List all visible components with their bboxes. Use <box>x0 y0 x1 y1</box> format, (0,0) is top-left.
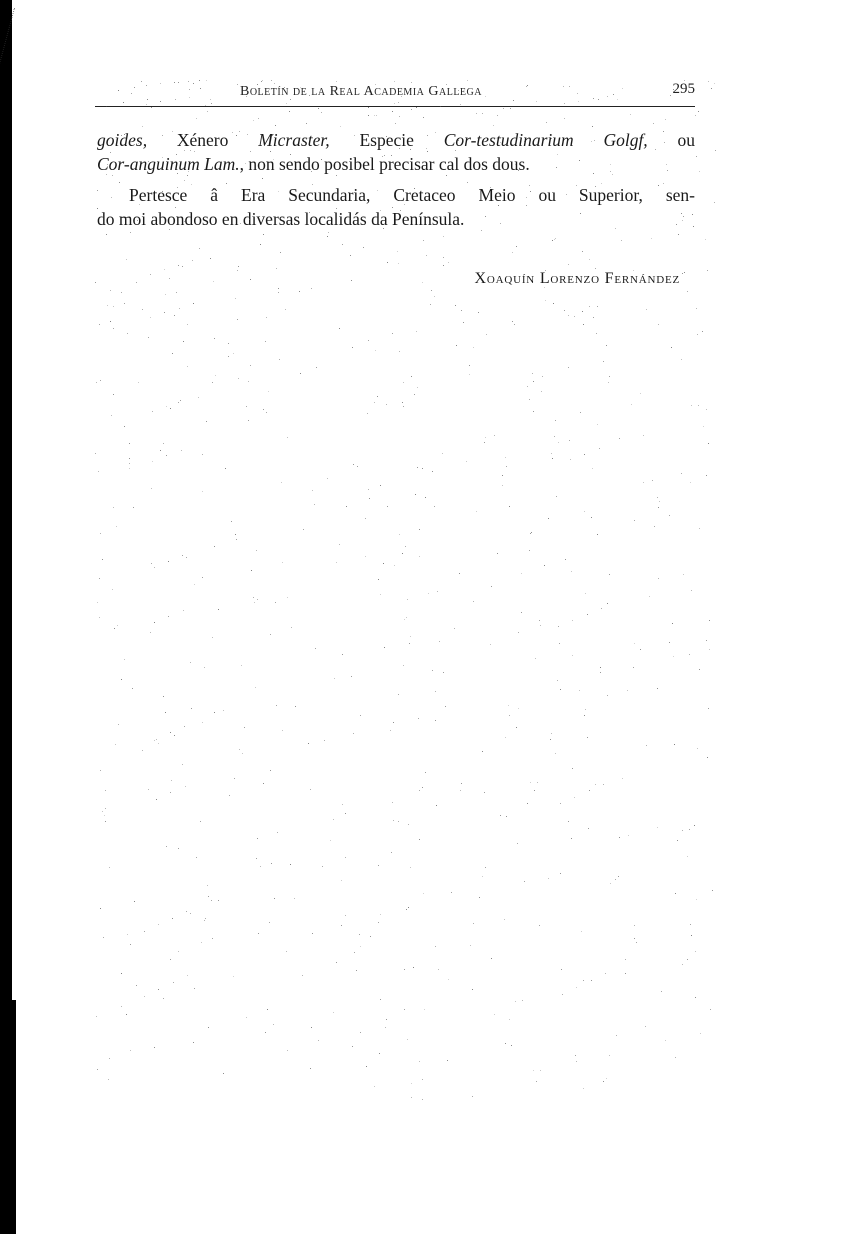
text-run: do moi abondoso en diversas localidás da… <box>97 209 464 229</box>
page-binding-shadow-lower <box>2 1000 16 1234</box>
text-line: Cor-anguinum Lam., non sendo posibel pre… <box>97 152 695 176</box>
text-run: ou <box>648 130 695 150</box>
text-line: Pertesce â Era Secundaria, Cretaceo Meio… <box>97 183 695 207</box>
page-curl-mark <box>0 8 55 138</box>
italic-term: goides, <box>97 130 147 150</box>
header-rule <box>95 106 695 107</box>
italic-term: Cor-testudinarium Golgf, <box>444 130 648 150</box>
page-number: 295 <box>673 81 696 98</box>
author-signature: Xoaquín Lorenzo Fernández <box>475 270 681 288</box>
italic-term: Cor-anguinum Lam. <box>97 154 240 174</box>
running-title: Boletín de la Real Academia Gallega <box>240 84 482 100</box>
text-line: goides, Xénero Micraster, Especie Cor-te… <box>97 128 695 152</box>
paragraph-taxonomy: goides, Xénero Micraster, Especie Cor-te… <box>97 128 695 176</box>
paragraph-era: Pertesce â Era Secundaria, Cretaceo Meio… <box>97 183 695 231</box>
body-text: goides, Xénero Micraster, Especie Cor-te… <box>97 128 695 231</box>
text-line: do moi abondoso en diversas localidás da… <box>97 207 695 231</box>
running-head: Boletín de la Real Academia Gallega 295 <box>95 80 695 104</box>
italic-term: Micraster, <box>258 130 329 150</box>
text-run: , non sendo posibel precisar cal dos dou… <box>240 154 530 174</box>
text-run: Xénero <box>147 130 258 150</box>
text-run: Pertesce â Era Secundaria, Cretaceo Meio… <box>129 185 695 205</box>
